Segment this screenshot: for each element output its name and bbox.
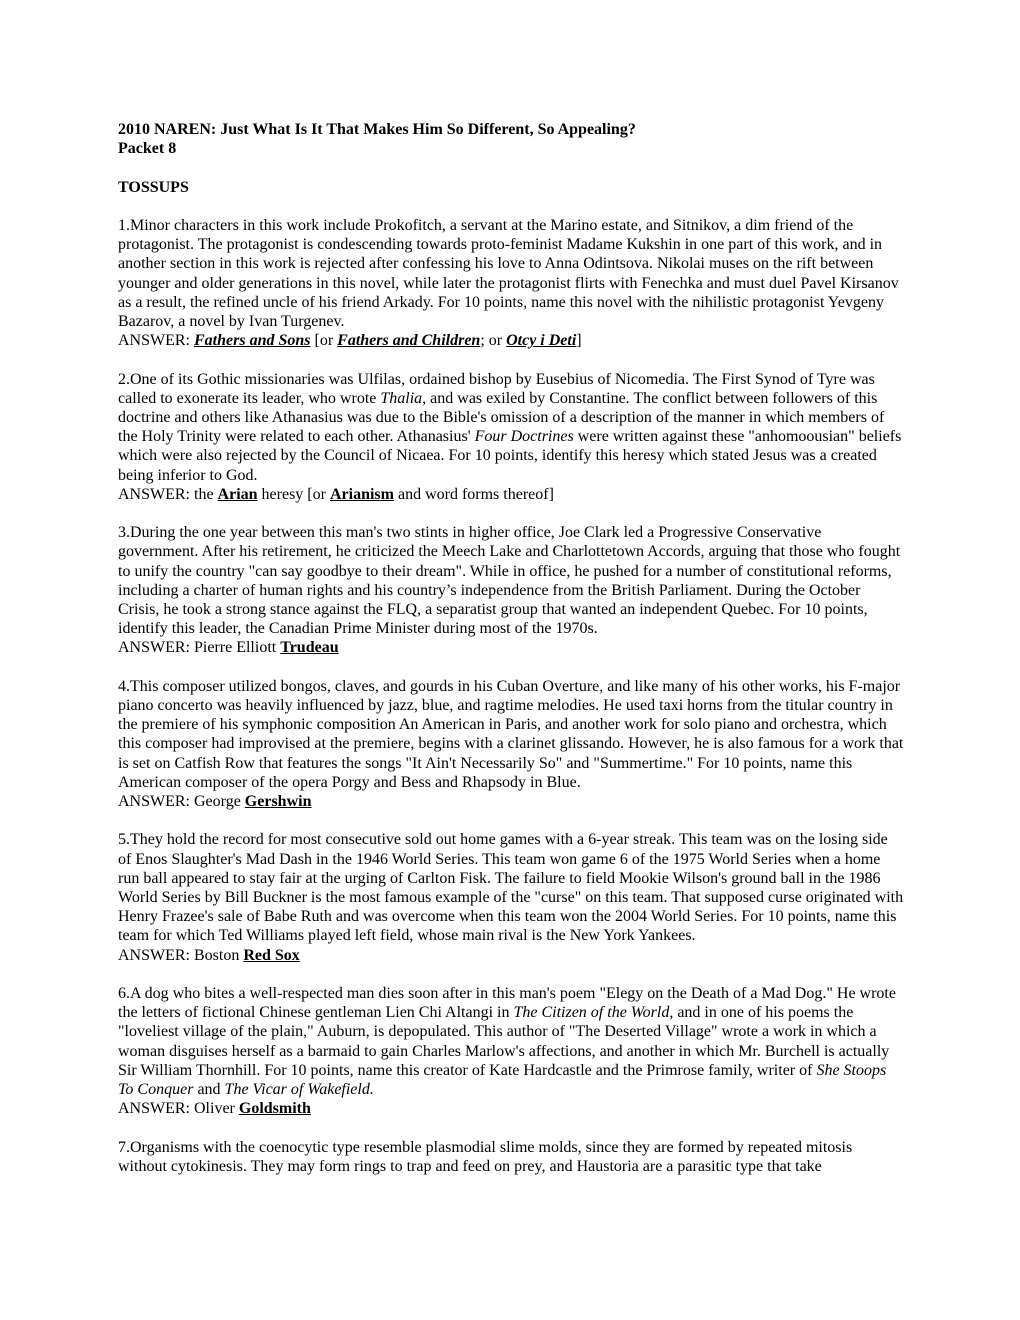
question-text: 1.Minor characters in this work include … [118, 216, 904, 331]
question-text: 4.This composer utilized bongos, claves,… [118, 677, 904, 792]
answer-segment: ] [576, 332, 581, 349]
question: 1.Minor characters in this work include … [118, 216, 904, 350]
answer-segment: ; or [480, 332, 506, 349]
question: 3.During the one year between this man's… [118, 523, 904, 657]
question-text-segment: and [193, 1081, 224, 1098]
question-text-segment: Thalia [380, 390, 422, 407]
answer-line: ANSWER: Boston Red Sox [118, 946, 904, 965]
question-text-segment: Four Doctrines [475, 428, 574, 445]
question-text: 7.Organisms with the coenocytic type res… [118, 1138, 904, 1176]
answer-segment: Arianism [330, 486, 394, 503]
answer-segment: Fathers and Children [337, 332, 480, 349]
question-text-segment: 3.During the one year between this man's… [118, 524, 900, 637]
packet-number: Packet 8 [118, 139, 904, 158]
question: 5.They hold the record for most consecut… [118, 830, 904, 964]
question: 6.A dog who bites a well-respected man d… [118, 984, 904, 1118]
question-text-segment: The Vicar of Wakefield. [225, 1081, 374, 1098]
question: 7.Organisms with the coenocytic type res… [118, 1138, 904, 1176]
question-text-segment: The Citizen of the World, [513, 1004, 673, 1021]
answer-line: ANSWER: George Gershwin [118, 792, 904, 811]
answer-line: ANSWER: Fathers and Sons [or Fathers and… [118, 331, 904, 350]
question: 2.One of its Gothic missionaries was Ulf… [118, 370, 904, 504]
answer-segment: Red Sox [243, 947, 299, 964]
answer-segment: Gershwin [245, 793, 312, 810]
answer-segment: Otcy i Deti [506, 332, 576, 349]
document-header: 2010 NAREN: Just What Is It That Makes H… [118, 120, 904, 158]
answer-segment: ANSWER: Boston [118, 947, 243, 964]
answer-segment: ANSWER: the [118, 486, 218, 503]
answer-line: ANSWER: Pierre Elliott Trudeau [118, 638, 904, 657]
answer-segment: and word forms thereof] [394, 486, 554, 503]
answer-segment: heresy [or [258, 486, 330, 503]
question-text-segment: 7.Organisms with the coenocytic type res… [118, 1139, 852, 1175]
question-text-segment: 1.Minor characters in this work include … [118, 217, 899, 330]
section-heading: TOSSUPS [118, 178, 904, 197]
answer-line: ANSWER: Oliver Goldsmith [118, 1099, 904, 1118]
question-text-segment: 4.This composer utilized bongos, claves,… [118, 678, 903, 791]
questions: 1.Minor characters in this work include … [118, 216, 904, 1176]
question-text: 2.One of its Gothic missionaries was Ulf… [118, 370, 904, 485]
answer-segment: ANSWER: [118, 332, 194, 349]
question-text: 5.They hold the record for most consecut… [118, 830, 904, 945]
answer-segment: Fathers and Sons [194, 332, 311, 349]
document-title: 2010 NAREN: Just What Is It That Makes H… [118, 120, 904, 139]
question: 4.This composer utilized bongos, claves,… [118, 677, 904, 811]
answer-segment: Goldsmith [239, 1100, 311, 1117]
question-text: 6.A dog who bites a well-respected man d… [118, 984, 904, 1099]
answer-segment: Trudeau [280, 639, 338, 656]
question-text: 3.During the one year between this man's… [118, 523, 904, 638]
answer-segment: ANSWER: Pierre Elliott [118, 639, 280, 656]
document-page: 2010 NAREN: Just What Is It That Makes H… [0, 0, 1020, 1320]
answer-segment: Arian [218, 486, 258, 503]
answer-segment: [or [311, 332, 338, 349]
answer-line: ANSWER: the Arian heresy [or Arianism an… [118, 485, 904, 504]
answer-segment: ANSWER: George [118, 793, 245, 810]
question-text-segment: 5.They hold the record for most consecut… [118, 831, 903, 944]
answer-segment: ANSWER: Oliver [118, 1100, 239, 1117]
